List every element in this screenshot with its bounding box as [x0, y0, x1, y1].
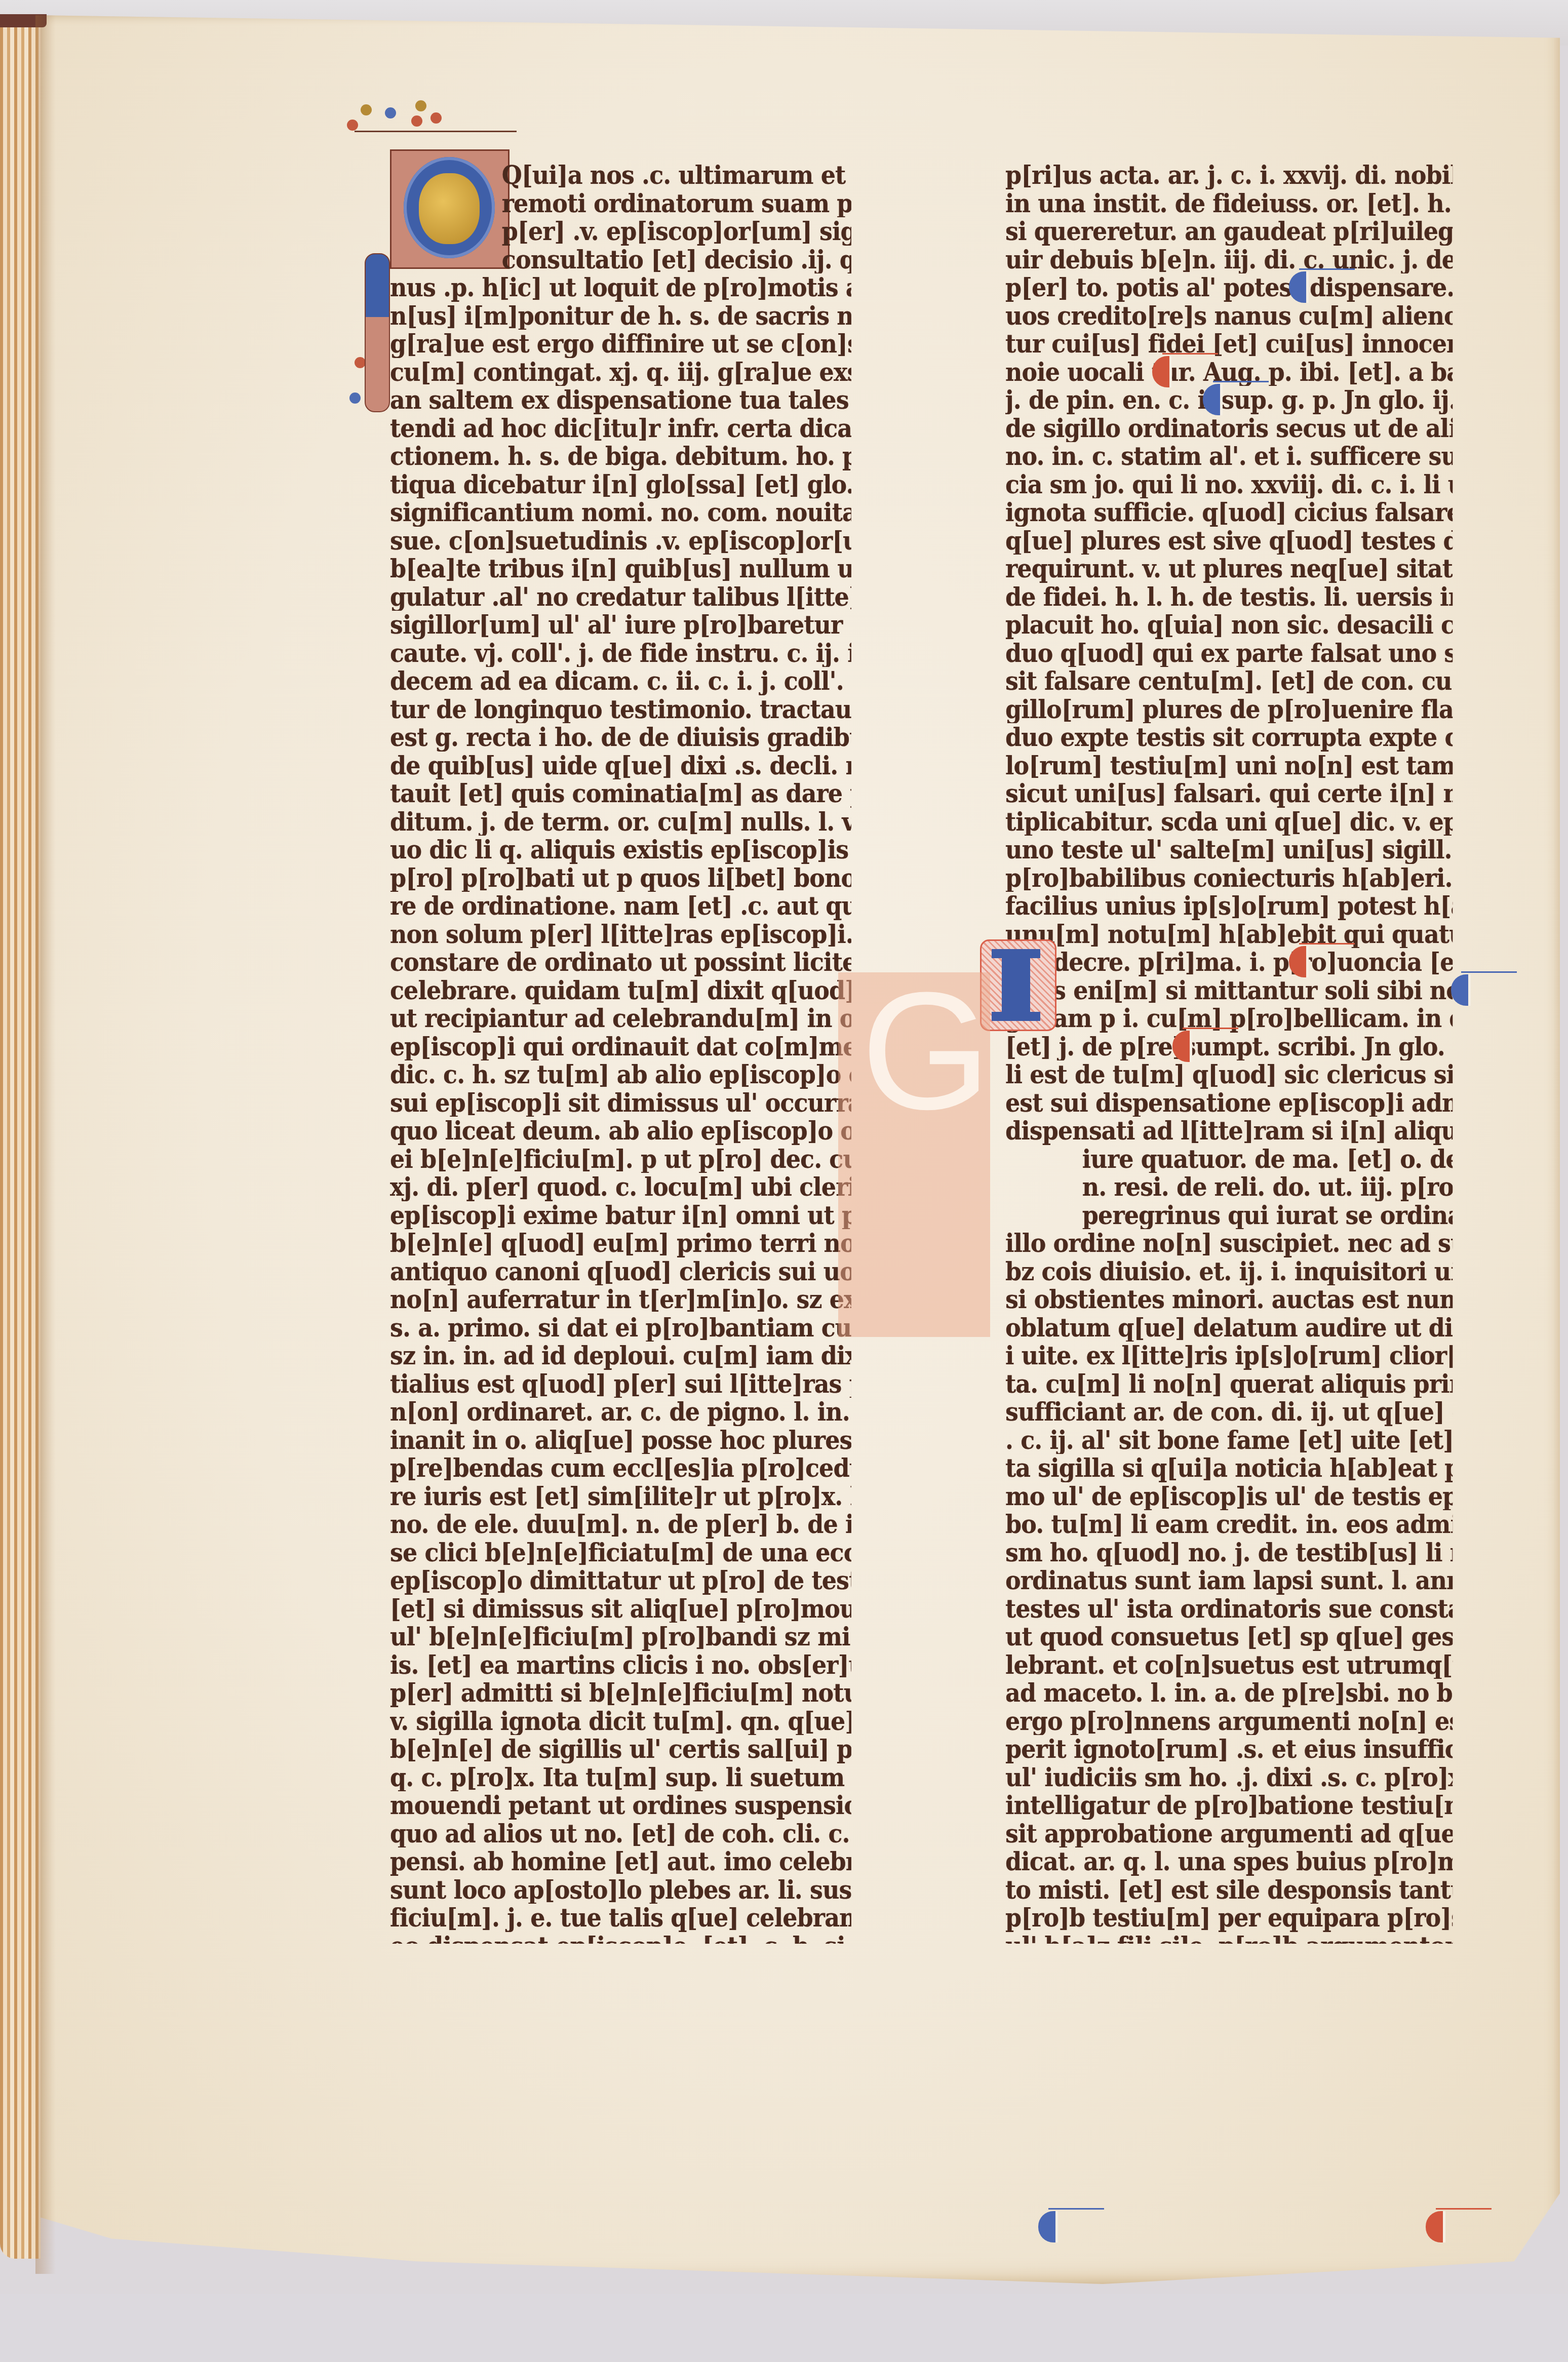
manuscript-line: testes ul' ista ordinatoris sue constat …	[1005, 1595, 1453, 1623]
manuscript-line: tialius est q[uod] p[er] sui l[itte]ras …	[390, 1370, 851, 1398]
manuscript-line: facilius unius ip[s]o[rum] potest h[ab]e…	[1005, 892, 1453, 920]
manuscript-line: sz in. in. ad id deploui. cu[m] iam dix[…	[390, 1342, 851, 1370]
manuscript-line: remoti ordinatorum suam p[ro]bare de	[390, 189, 851, 218]
manuscript-line: [et] j. de p[re]sumpt. scribi. Jn glo. u…	[1005, 1033, 1453, 1061]
manuscript-line: uos credito[re]s nanus cu[m] alienos ad …	[1005, 302, 1453, 330]
flourish-blue-leaf-icon	[385, 107, 396, 119]
manuscript-line: p[er] to. potis al' potest dispensare. A…	[1005, 273, 1453, 302]
manuscript-line: v. sigilla ignota dicit tu[m]. qn. q[ue]…	[390, 1707, 851, 1736]
manuscript-line: ul' iudiciis sm ho. .j. dixi .s. c. p[ro…	[1005, 1763, 1453, 1792]
manuscript-line: duo q[uod] qui ex parte falsat uno sigil…	[1005, 639, 1453, 667]
manuscript-line: est sui dispensatione ep[iscop]i admitte…	[1005, 1089, 1453, 1117]
manuscript-line: sit falsare centu[m]. [et] de con. cu[m]…	[1005, 667, 1453, 695]
manuscript-line: intelligatur de p[ro]batione testiu[m] u…	[1005, 1791, 1453, 1820]
flourish-red-leaf-icon	[411, 115, 422, 127]
manuscript-line: illo ordine no[n] suscipiet. nec ad supe…	[1005, 1229, 1453, 1257]
manuscript-line: sit approbatione argumenti ad q[ue] p[ro…	[1005, 1820, 1453, 1848]
manuscript-line: decem ad ea dicam. c. ii. c. i. j. coll'…	[390, 667, 851, 695]
manuscript-line: re de ordinatione. nam [et] .c. aut quat…	[390, 892, 851, 920]
manuscript-line: si quereretur. an gaudeat p[ri]uilegio c…	[1005, 217, 1453, 246]
manuscript-line: unu[m] notu[m] h[ab]ebit qui quatuor no[…	[1005, 920, 1453, 949]
manuscript-line: significantium nomi. no. com. nouitates …	[390, 498, 851, 527]
manuscript-line: est g. recta i ho. de de diuisis gradibu…	[390, 723, 851, 752]
manuscript-line: cu[m] contingat. xj. q. iij. g[ra]ue exs…	[390, 358, 851, 386]
manuscript-line: celebrare. quidam tu[m] dixit q[uod] quo…	[390, 976, 851, 1005]
manuscript-line: p[ro] p[ro]bati ut p quos li[bet] bonos …	[390, 864, 851, 892]
manuscript-line: Q[ui]a nos .c. ultimarum et alij ualde	[390, 161, 851, 189]
manuscript-line: n[us] i[m]ponitur de h. s. de sacris non…	[390, 302, 851, 330]
manuscript-line: ta. cu[m] li no[n] querat aliquis primor…	[1005, 1370, 1453, 1398]
photo-backdrop-bottom	[0, 2294, 1568, 2362]
manuscript-line: sue. c[on]suetudinis .v. ep[iscop]or[um]…	[390, 527, 851, 555]
manuscript-line: ta sigilla si q[ui]a noticia h[ab]eat p[…	[1005, 1454, 1453, 1482]
manuscript-line: in una instit. de fideiuss. or. [et]. h.…	[1005, 189, 1453, 218]
manuscript-line: antiquo canoni q[uod] clericis sui uolun…	[390, 1257, 851, 1286]
flourish-gold-bud-icon	[415, 100, 426, 111]
manuscript-line: requirunt. v. ut plures neq[ue] sitates …	[1005, 555, 1453, 583]
manuscript-line: placuit ho. q[uia] non sic. desacili cor…	[1005, 611, 1453, 639]
manuscript-line: ut quod consuetus [et] sp q[ue] gessit. …	[1005, 1623, 1453, 1651]
manuscript-line: quo ad alios ut no. [et] de coh. cli. c.…	[390, 1820, 851, 1848]
manuscript-line: p[ro]b testiu[m] per equipara p[ro]s pot…	[1005, 1904, 1453, 1932]
manuscript-line: n. resi. de reli. do. ut. iij. p[ro] hui…	[1005, 1173, 1453, 1201]
manuscript-line: p[re]bendas cum eccl[es]ia p[ro]cedunt. …	[390, 1454, 851, 1482]
text-column-left: Q[ui]a nos .c. ultimarum et alij ualdere…	[390, 161, 891, 1944]
manuscript-line: i uite. ex l[itte]ris ip[s]o[rum] clior[…	[1005, 1342, 1453, 1370]
manuscript-line: pensi. ab homine [et] aut. imo celebrare…	[390, 1847, 851, 1876]
manuscript-line: . c. ij. al' sit bone fame [et] uite [et…	[1005, 1426, 1453, 1454]
manuscript-line: ad maceto. l. in. a. de p[re]sbi. no bap…	[1005, 1679, 1453, 1707]
flourish-blue-leaf-icon	[349, 392, 361, 404]
watermark-logo-g: G	[861, 975, 993, 1127]
manuscript-line: sigillor[um] ul' al' iure p[ro]baretur .…	[390, 611, 851, 639]
manuscript-line: ep[iscop]i exime batur i[n] omni ut p[ro…	[390, 1201, 851, 1230]
manuscript-line: sui ep[iscop]i sit dimissus ul' occurrat…	[390, 1089, 851, 1117]
manuscript-line: constare de ordinato ut possint licite p…	[390, 948, 851, 976]
manuscript-line: lebrant. et co[n]suetus est utrumq[ue] l…	[1005, 1651, 1453, 1679]
manuscript-line: h p decre. p[ri]ma. i. p[ro]uoncia [et]c…	[1005, 948, 1453, 976]
manuscript-line: q. c. p[ro]x. Ita tu[m] sup. li suetum u…	[390, 1763, 851, 1792]
manuscript-line: ei b[e]n[e]ficiu[m]. p ut p[ro] dec. cu[…	[390, 1145, 851, 1173]
gutter-shadow	[35, 15, 56, 2274]
manuscript-line: mo ul' de ep[iscop]is ul' de testis ep[i…	[1005, 1482, 1453, 1511]
manuscript-line: ul' b[e]n[e]ficiu[m] p[ro]bandi sz mi[n]…	[390, 1623, 851, 1651]
page-edges-stack	[0, 20, 41, 2259]
manuscript-line: b[e]n[e] de sigillis ul' certis sal[ui] …	[390, 1735, 851, 1763]
flourish-red-leaf-icon	[347, 120, 358, 131]
initial-q-tail	[365, 253, 390, 412]
manuscript-line: de fidei. h. l. h. de testis. li. uersis…	[1005, 583, 1453, 611]
initial-i-bottom-serif	[992, 1012, 1040, 1021]
manuscript-line: ut recipiantur ad celebrandu[m] in ordin…	[390, 1004, 851, 1033]
manuscript-line: p[ro]babilibus coniecturis h[ab]eri. de.…	[1005, 864, 1453, 892]
manuscript-line: sunt loco ap[osto]lo plebes ar. li. susp…	[390, 1876, 851, 1904]
manuscript-line: an saltem ex dispensatione tua tales sin…	[390, 386, 851, 414]
manuscript-line: si obstientes minori. auctas est nuntium…	[1005, 1285, 1453, 1314]
manuscript-line: non solum p[er] l[itte]ras ep[iscop]i. s…	[390, 920, 851, 949]
manuscript-line: [et] si dimissus sit aliq[ue] p[ro]mouea…	[390, 1595, 851, 1623]
manuscript-line: bo. tu[m] li eam credit. in. eos admitti…	[1005, 1510, 1453, 1539]
manuscript-line: peregrinus qui iurat se ordinatum n[isi]…	[1005, 1201, 1453, 1230]
manuscript-line: b[e]n[e] q[uod] eu[m] primo terri no[n] …	[390, 1229, 851, 1257]
flourish-gold-bud-icon	[361, 104, 372, 115]
manuscript-line: b[ea]te tribus i[n] quib[us] nullum ul' …	[390, 555, 851, 583]
manuscript-line: dic. c. h. sz tu[m] ab alio ep[iscop]o o…	[390, 1060, 851, 1089]
manuscript-line: s. a. primo. si dat ei p[ro]bantiam cu[m…	[390, 1314, 851, 1342]
manuscript-line: uo dic li q. aliquis existis ep[iscop]is…	[390, 836, 851, 864]
manuscript-line: ep[iscop]o dimittatur ut p[ro] de testib…	[390, 1566, 851, 1595]
manuscript-line: q[ue] plures est sive q[uod] testes duo …	[1005, 527, 1453, 555]
manuscript-line: gulatur .al' no credatur talibus l[itte]…	[390, 583, 851, 611]
manuscript-line: se clici b[e]n[e]ficiatu[m] de una eccl[…	[390, 1539, 851, 1567]
manuscript-line: ordinatus sunt iam lapsi sunt. l. annu[m…	[1005, 1566, 1453, 1595]
manuscript-line: eo dispensat ep[iscop]e. [et]. c. h. si …	[390, 1932, 851, 1944]
manuscript-line: p[er] admitti si b[e]n[e]ficiu[m] notu s…	[390, 1679, 851, 1707]
manuscript-line: p[ri]us acta. ar. j. c. i. xxvij. di. no…	[1005, 161, 1453, 189]
manuscript-line: j. de pin. en. c. i. sup. g. p. Jn glo. …	[1005, 386, 1453, 414]
manuscript-line: lo[rum] testiu[m] uni no[n] est tam faci…	[1005, 752, 1453, 780]
manuscript-line: oblatum q[ue] delatum audire ut dicam. j…	[1005, 1314, 1453, 1342]
manuscript-line: g[ra]ue est ergo diffinire ut se c[on]st…	[390, 330, 851, 358]
manuscript-line: ul' h[a]z fili sile. p[ro]b argumentor b…	[1005, 1932, 1453, 1944]
manuscript-line: ctionem. h. s. de biga. debitum. ho. p[r…	[390, 442, 851, 470]
manuscript-line: no[n] auferratur in t[er]m[in]o. sz exqu…	[390, 1285, 851, 1314]
manuscript-line: sicut uni[us] falsari. qui certe i[n] mu…	[1005, 779, 1453, 808]
manuscript-line: ergo p[ro]nnens argumenti no[n] est ut d…	[1005, 1707, 1453, 1736]
manuscript-line: caute. vj. coll'. j. de fide instru. c. …	[390, 639, 851, 667]
manuscript-line: ignota sufficie. q[uod] cicius falsare f…	[1005, 498, 1453, 527]
manuscript-line: p[er] .v. ep[iscop]or[um] sigilla. et su…	[390, 217, 851, 246]
initial-i-stem	[1002, 952, 1030, 1018]
flourish-red-leaf-icon	[430, 112, 442, 124]
manuscript-line: ficiu[m]. j. e. tue talis q[ue] celebran…	[390, 1904, 851, 1932]
manuscript-line: nus .p. h[ic] ut loquit de p[ro]motis ad…	[390, 273, 851, 302]
manuscript-line: tur cui[us] fidei [et] cui[us] innocenti…	[1005, 330, 1453, 358]
manuscript-line: to misti. [et] est sile desponsis tantum…	[1005, 1876, 1453, 1904]
manuscript-line: mouendi petant ut ordines suspensione. p…	[390, 1791, 851, 1820]
manuscript-line: no. in. c. statim al'. et i. sufficere s…	[1005, 442, 1453, 470]
manuscript-line: tiplicabitur. scda uni q[ue] dic. v. ep[…	[1005, 808, 1453, 836]
manuscript-line: re iuris est [et] sim[ilite]r ut p[ro]x.…	[390, 1482, 851, 1511]
manuscript-line: bz cois diuisio. et. ij. i. inquisitori …	[1005, 1257, 1453, 1286]
manuscript-line: ditum. j. de term. or. cu[m] nulls. l. v…	[390, 808, 851, 836]
manuscript-line: tales eni[m] si mittantur soli sibi noce…	[1005, 976, 1453, 1005]
manuscript-line: li est de tu[m] q[uod] sic clericus sit …	[1005, 1060, 1453, 1089]
manuscript-line: tendi ad hoc dic[itu]r infr. certa dicat…	[390, 414, 851, 443]
manuscript-line: dispensati ad l[itte]ram si i[n] aliquo …	[1005, 1117, 1453, 1145]
manuscript-line: inanit in o. aliq[ue] posse hoc plures a…	[390, 1426, 851, 1454]
manuscript-line: cia sm jo. qui li no. xxviij. di. c. i. …	[1005, 470, 1453, 499]
text-column-right: p[ri]us acta. ar. j. c. i. xxvij. di. no…	[1005, 161, 1492, 1944]
manuscript-line: dicat. ar. q. l. una spes buius p[ro]mus…	[1005, 1847, 1453, 1876]
manuscript-line: tur de longinquo testimonio. tractauit l…	[390, 695, 851, 724]
manuscript-line: n[on] ordinaret. ar. c. de pigno. l. in.…	[390, 1398, 851, 1426]
manuscript-line: de sigillo ordinatoris secus ut de alio …	[1005, 414, 1453, 443]
manuscript-line: tauit [et] quis cominatia[m] as dare pos…	[390, 779, 851, 808]
manuscript-line: iure quatuor. de ma. [et] o. decli. ordj…	[1005, 1145, 1453, 1173]
manuscript-line: quo liceat deum. ab alio ep[iscop]o ordi…	[390, 1117, 851, 1145]
manuscript-line: is. [et] ea martins clicis i no. obs[er]…	[390, 1651, 851, 1679]
manuscript-line: uir debuis b[e]n. iij. di. c. unic. j. d…	[1005, 246, 1453, 274]
flourish-red-leaf-icon	[355, 357, 366, 368]
manuscript-line: tiqua dicebatur i[n] glo[ssa] [et] glo. …	[390, 470, 851, 499]
manuscript-line: no. de ele. duu[m]. n. de p[er] b. de in…	[390, 1510, 851, 1539]
manuscript-line: perit ignoto[rum] .s. et eius insufficie…	[1005, 1735, 1453, 1763]
manuscript-line: duo expte testis sit corrupta expte corr…	[1005, 723, 1453, 752]
manuscript-line: consultatio [et] decisio .ij. q. tunc ig…	[390, 246, 851, 274]
initial-flourish-stem	[355, 131, 517, 132]
manuscript-line: sufficiant ar. de con. di. ij. ut q[ue] …	[1005, 1398, 1453, 1426]
manuscript-line: uno teste ul' salte[m] uni[us] sigill. n…	[1005, 836, 1453, 864]
manuscript-line: de quib[us] uide q[ue] dixi .s. decli. n…	[390, 752, 851, 780]
manuscript-line: gillo[rum] plures de p[ro]uenire flante …	[1005, 695, 1453, 724]
manuscript-line: ep[iscop]i qui ordinauit dat co[m]mendat…	[390, 1033, 851, 1061]
manuscript-line: xj. di. p[er] quod. c. locu[m] ubi cleri…	[390, 1173, 851, 1201]
manuscript-line: sm ho. q[uod] no. j. de testib[us] li mi…	[1005, 1539, 1453, 1567]
